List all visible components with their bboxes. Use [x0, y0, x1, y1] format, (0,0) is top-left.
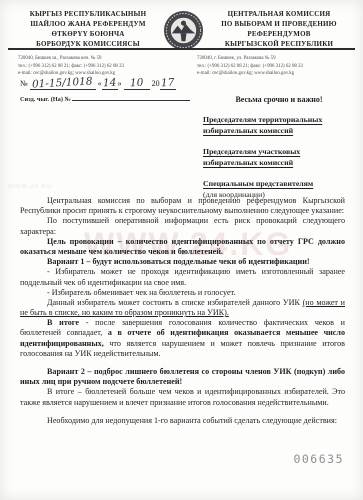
outgoing-ref-label: Сизд. чыг. (На) № [20, 96, 71, 103]
org-kyrgyz-line: ӨТКӨРҮҮ БОЮНЧА [13, 29, 163, 39]
paragraph: Цель провокации – количество идентифицир… [20, 237, 345, 257]
paragraph: По поступившей оперативной информации ес… [20, 216, 345, 236]
ref-number-handwritten: 01-15/1018 [32, 75, 93, 90]
paragraph-segment: Центральная комиссия по выборам и провед… [20, 196, 345, 215]
address-kyrgyz: 720040, Бишкек ш., Раззакова көч. № 59 т… [18, 55, 124, 78]
paragraph: Центральная комиссия по выборам и провед… [20, 196, 345, 216]
scanned-letter-page: КЫРГЫЗ РЕСПУБЛИКАСЫНЫН ШАЙЛОО ЖАНА РЕФЕР… [0, 0, 363, 500]
ref-day-blank: 14 [102, 77, 118, 90]
org-name-kyrgyz: КЫРГЫЗ РЕСПУБЛИКАСЫНЫН ШАЙЛОО ЖАНА РЕФЕР… [13, 9, 163, 51]
address-line: 720040, Бишкек ш., Раззакова көч. № 59 [18, 55, 124, 63]
paragraph: - Избиратель может не проходя идентифика… [20, 267, 345, 287]
paragraph: Данный избиратель может состоять в списк… [20, 298, 345, 318]
watermark-small: WWW.24.KG [8, 184, 52, 190]
ref-number-label: № [20, 79, 28, 88]
ref-number-blank: 01-15/1018 [30, 77, 96, 90]
paragraph: Необходимо для недопущения 1-го варианта… [20, 416, 345, 426]
paragraph-segment: Вариант 2 – подброс лишнего бюллетеня со… [20, 367, 345, 386]
ref-year-blank: 17 [160, 77, 176, 90]
ref-month-blank: 10 [124, 77, 150, 90]
org-russian-line: РЕФЕРЕНДУМОВ [204, 29, 354, 39]
recipient-group: Председателям участковых избирательных к… [203, 147, 355, 168]
org-kyrgyz-line: ШАЙЛОО ЖАНА РЕФЕРЕНДУМ [13, 19, 163, 29]
recipient-text: Председателям участковых избирательных к… [203, 147, 300, 167]
ref-year-handwritten: 17 [161, 77, 175, 90]
reference-line: № 01-15/1018 «14» 10 2017 [20, 77, 176, 90]
paragraph: - Избиратель обменивает чек на бюллетень… [20, 288, 345, 298]
address-line: 720040, г. Бишкек, ул. Раззакова № 59 [197, 55, 349, 63]
ref-day-handwritten: 14 [103, 77, 117, 90]
recipient-group: Председателям территориальных избиратель… [203, 115, 355, 136]
year-prefix: 20 [152, 79, 160, 88]
address-line: e-mail: cec@shailoo.gov.kg; www.shailoo.… [197, 70, 349, 78]
address-blocks: 720040, Бишкек ш., Раззакова көч. № 59 т… [0, 55, 363, 78]
org-russian-line: ЦЕНТРАЛЬНАЯ КОМИССИЯ [204, 9, 354, 19]
paragraph-segment: В итоге [47, 318, 79, 327]
paragraph-segment: В итоге – бюллетеней больше чем чеков и … [20, 387, 345, 406]
paragraph-segment: Цель провокации – количество идентифицир… [20, 237, 345, 256]
address-russian: 720040, г. Бишкек, ул. Раззакова № 59 те… [197, 55, 349, 78]
paragraph: В итоге - после завершения голосования к… [20, 318, 345, 359]
quote-close: » [118, 79, 122, 88]
address-line: тел.: (+996 312) 62 08 21; факс: (+996 3… [18, 63, 124, 71]
paragraph: Вариант 1 – будут использоваться поддель… [20, 257, 345, 267]
org-russian-line: ПО ВЫБОРАМ И ПРОВЕДЕНИЮ [204, 19, 354, 29]
paragraph: Вариант 2 – подброс лишнего бюллетеня со… [20, 367, 345, 387]
outgoing-ref-blank [72, 93, 190, 101]
org-kyrgyz-line: КЫРГЫЗ РЕСПУБЛИКАСЫНЫН [13, 9, 163, 19]
paragraph-segment: По поступившей оперативной информации ес… [20, 216, 345, 235]
address-line: тел.: (+996 312) 62 08 21; факс: (+996 3… [197, 63, 349, 71]
ref-month-handwritten: 10 [130, 77, 144, 90]
org-name-russian: ЦЕНТРАЛЬНАЯ КОМИССИЯ ПО ВЫБОРАМ И ПРОВЕД… [204, 9, 354, 51]
paragraph: В итоге – бюллетеней больше чем чеков и … [20, 387, 345, 407]
recipient-list: Председателям территориальных избиратель… [203, 115, 355, 200]
paragraph-segment: Необходимо для недопущения 1-го варианта… [47, 416, 337, 425]
stamp-number: 006635 [293, 452, 344, 466]
letterhead: КЫРГЫЗ РЕСПУБЛИКАСЫНЫН ШАЙЛОО ЖАНА РЕФЕР… [0, 9, 363, 51]
paragraph-segment: Вариант 1 – будут использоваться поддель… [47, 257, 310, 266]
paragraph-segment: Данный избиратель может состоять в списк… [47, 298, 303, 307]
letter-body: Центральная комиссия по выборам и провед… [20, 196, 345, 426]
letterhead-divider [8, 48, 355, 50]
recipients-block: Весьма срочно и важно! Председателям тер… [203, 95, 355, 200]
outgoing-ref-line: Сизд. чыг. (На) № [20, 93, 190, 103]
paragraph-segment: - Избиратель обменивает чек на бюллетень… [47, 288, 236, 297]
recipient-text: Специальным представителям [203, 179, 313, 188]
paragraph-segment: - Избиратель может не проходя идентифика… [20, 267, 345, 286]
recipient-text: Председателям территориальных избиратель… [203, 115, 322, 135]
state-emblem-icon [163, 10, 204, 51]
urgency-note: Весьма срочно и важно! [203, 95, 355, 104]
